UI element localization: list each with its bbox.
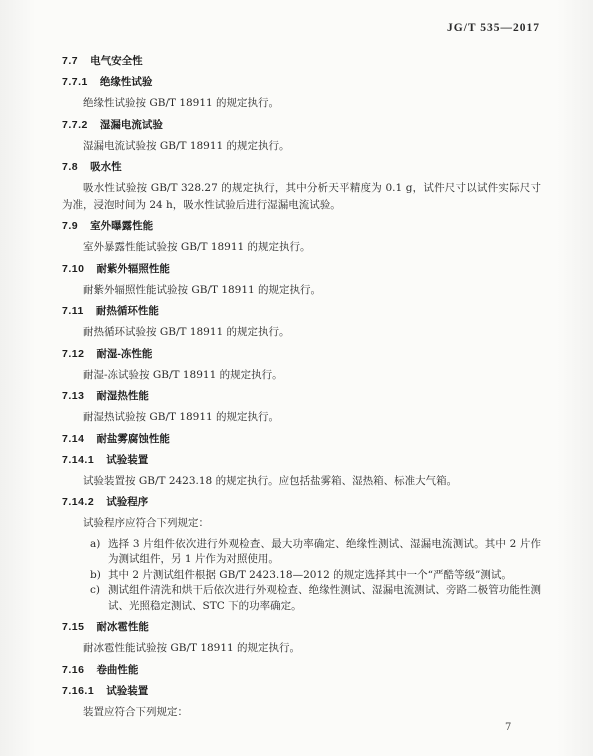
list-item: b)其中 2 片测试组件根据 GB/T 2423.18—2012 的规定选择其中…: [90, 568, 541, 584]
section-number: 7.7.2: [62, 119, 88, 131]
document-page: JG/T 535—2017 7.7电气安全性7.7.1绝缘性试验绝缘性试验按 G…: [0, 0, 593, 756]
paragraph: 耐冰雹性能试验按 GB/T 18911 的规定执行。: [62, 640, 541, 657]
section-number: 7.11: [62, 305, 84, 317]
paragraph: 耐湿-冻试验按 GB/T 18911 的规定执行。: [62, 367, 541, 384]
section-heading-7.13: 7.13耐湿热性能: [62, 388, 541, 404]
section-heading-7.9: 7.9室外曝露性能: [62, 218, 541, 234]
section-heading-7.14.1: 7.14.1试验装置: [62, 452, 541, 468]
section-heading-7.11: 7.11耐热循环性能: [62, 303, 541, 319]
section-heading-7.12: 7.12耐湿-冻性能: [62, 346, 541, 362]
list-item: a)选择 3 片组件依次进行外观检查、最大功率确定、绝缘性测试、湿漏电流测试。其…: [90, 537, 541, 568]
section-heading-7.16: 7.16卷曲性能: [62, 662, 541, 678]
section-number: 7.13: [62, 390, 84, 402]
section-heading-7.8: 7.8吸水性: [62, 159, 541, 175]
section-number: 7.9: [62, 220, 78, 232]
section-heading-7.10: 7.10耐紫外辐照性能: [62, 261, 541, 277]
list-marker: a): [90, 537, 108, 568]
running-header-standard-number: JG/T 535—2017: [447, 22, 540, 34]
paragraph: 绝缘性试验按 GB/T 18911 的规定执行。: [62, 95, 541, 112]
section-title: 试验装置: [106, 685, 148, 697]
section-heading-7.7: 7.7电气安全性: [62, 53, 541, 69]
section-number: 7.15: [62, 621, 84, 633]
section-title: 耐湿-冻性能: [96, 348, 152, 360]
section-number: 7.16: [62, 664, 84, 676]
section-number: 7.10: [62, 263, 84, 275]
section-title: 绝缘性试验: [100, 76, 153, 88]
section-heading-7.14: 7.14耐盐雾腐蚀性能: [62, 431, 541, 447]
paragraph: 试验程序应符合下列规定：: [62, 515, 541, 532]
section-title: 试验程序: [106, 496, 148, 508]
section-heading-7.14.2: 7.14.2试验程序: [62, 494, 541, 510]
section-title: 室外曝露性能: [90, 220, 153, 232]
section-title: 耐热循环性能: [96, 305, 159, 317]
list-item-text: 其中 2 片测试组件根据 GB/T 2423.18—2012 的规定选择其中一个…: [108, 568, 541, 584]
section-number: 7.7: [62, 55, 78, 67]
list-item-text: 选择 3 片组件依次进行外观检查、最大功率确定、绝缘性测试、湿漏电流测试。其中 …: [108, 537, 541, 568]
section-heading-7.7.1: 7.7.1绝缘性试验: [62, 74, 541, 90]
section-number: 7.7.1: [62, 76, 88, 88]
section-number: 7.14: [62, 433, 84, 445]
section-number: 7.12: [62, 348, 84, 360]
section-title: 试验装置: [106, 454, 148, 466]
section-title: 卷曲性能: [96, 664, 138, 676]
paragraph: 试验装置按 GB/T 2423.18 的规定执行。应包括盐雾箱、湿热箱、标准大气…: [62, 473, 541, 490]
page-number: 7: [505, 722, 511, 733]
section-title: 耐盐雾腐蚀性能: [96, 433, 170, 445]
section-heading-7.7.2: 7.7.2湿漏电流试验: [62, 117, 541, 133]
paragraph: 耐热循环试验按 GB/T 18911 的规定执行。: [62, 324, 541, 341]
list-item: c)测试组件清洗和烘干后依次进行外观检查、绝缘性测试、湿漏电流测试、旁路二极管功…: [90, 583, 541, 614]
list-marker: b): [90, 568, 108, 584]
section-heading-7.15: 7.15耐冰雹性能: [62, 619, 541, 635]
list-marker: c): [90, 583, 108, 614]
section-number: 7.16.1: [62, 685, 94, 697]
document-content: 7.7电气安全性7.7.1绝缘性试验绝缘性试验按 GB/T 18911 的规定执…: [62, 48, 541, 725]
section-title: 耐湿热性能: [96, 390, 149, 402]
paragraph: 吸水性试验按 GB/T 328.27 的规定执行，其中分析天平精度为 0.1 g…: [62, 180, 541, 213]
list-item-text: 测试组件清洗和烘干后依次进行外观检查、绝缘性测试、湿漏电流测试、旁路二极管功能性…: [108, 583, 541, 614]
paragraph: 耐湿热试验按 GB/T 18911 的规定执行。: [62, 409, 541, 426]
ordered-list: a)选择 3 片组件依次进行外观检查、最大功率确定、绝缘性测试、湿漏电流测试。其…: [90, 537, 541, 615]
section-number: 7.14.1: [62, 454, 94, 466]
section-number: 7.14.2: [62, 496, 94, 508]
section-title: 电气安全性: [90, 55, 143, 67]
section-title: 耐冰雹性能: [96, 621, 149, 633]
section-title: 湿漏电流试验: [100, 119, 163, 131]
section-number: 7.8: [62, 161, 78, 173]
paragraph: 装置应符合下列规定：: [62, 704, 541, 721]
section-heading-7.16.1: 7.16.1试验装置: [62, 683, 541, 699]
section-title: 耐紫外辐照性能: [96, 263, 170, 275]
paragraph: 耐紫外辐照性能试验按 GB/T 18911 的规定执行。: [62, 282, 541, 299]
paragraph: 室外暴露性能试验按 GB/T 18911 的规定执行。: [62, 239, 541, 256]
section-title: 吸水性: [90, 161, 122, 173]
paragraph: 湿漏电流试验按 GB/T 18911 的规定执行。: [62, 138, 541, 155]
